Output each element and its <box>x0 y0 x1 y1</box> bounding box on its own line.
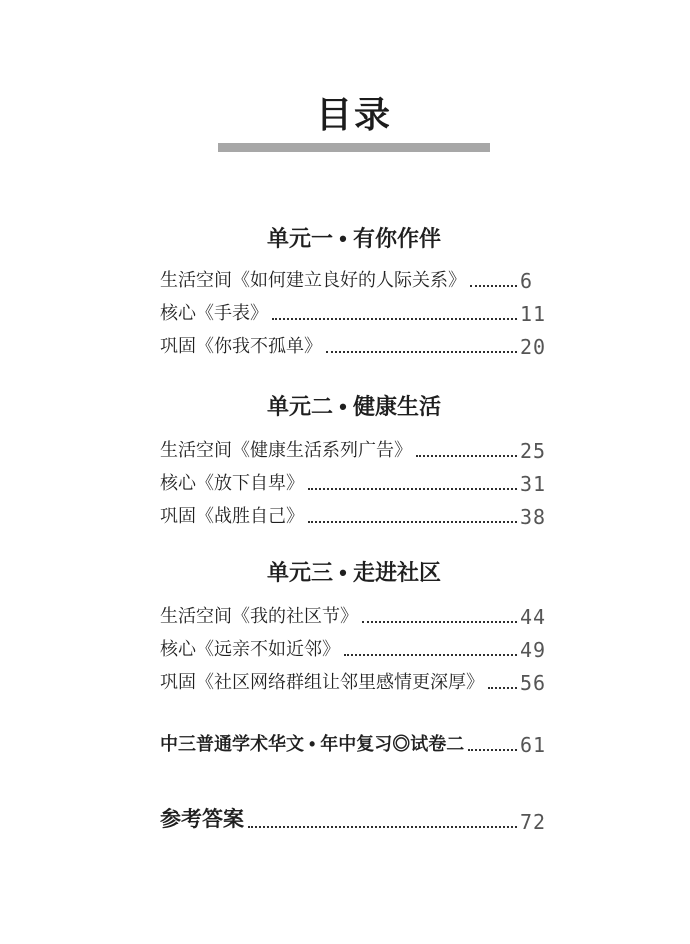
toc-entry-answer-key: 参考答案72 <box>160 806 548 834</box>
dot-leader <box>362 620 517 623</box>
title-underline-bar <box>218 143 490 152</box>
dot-leader <box>468 748 517 751</box>
entry-page-number: 31 <box>520 472 548 496</box>
entry-label: 巩固《你我不孤单》 <box>160 333 322 359</box>
dot-leader <box>344 653 517 656</box>
entry-label: 生活空间《如何建立良好的人际关系》 <box>160 267 466 293</box>
toc-entry: 生活空间《我的社区节》44 <box>160 603 548 629</box>
entry-page-number: 6 <box>520 269 548 293</box>
toc-entry-midyear-exam: 中三普通学术华文 • 年中复习◎试卷二61 <box>160 731 548 757</box>
unit-2-entry-list: 生活空间《健康生活系列广告》25核心《放下自卑》31巩固《战胜自己》38 <box>160 437 548 529</box>
entry-label: 核心《手表》 <box>160 300 268 326</box>
unit-1-entry-list: 生活空间《如何建立良好的人际关系》6核心《手表》11巩固《你我不孤单》20 <box>160 267 548 359</box>
toc-entry: 巩固《战胜自己》38 <box>160 503 548 529</box>
dot-leader <box>326 350 517 353</box>
page-title: 目录 <box>160 0 548 135</box>
toc-entry: 巩固《你我不孤单》20 <box>160 333 548 359</box>
dot-leader <box>308 487 517 490</box>
toc-entry: 巩固《社区网络群组让邻里感情更深厚》56 <box>160 669 548 695</box>
dot-leader <box>470 284 517 287</box>
entry-label: 巩固《社区网络群组让邻里感情更深厚》 <box>160 669 484 695</box>
dot-leader <box>272 317 517 320</box>
entry-label: 生活空间《健康生活系列广告》 <box>160 437 412 463</box>
toc-entry: 核心《放下自卑》31 <box>160 470 548 496</box>
toc-content: 目录 单元一 • 有你作伴生活空间《如何建立良好的人际关系》6核心《手表》11巩… <box>160 0 548 834</box>
unit-heading-2: 单元二 • 健康生活 <box>160 394 548 420</box>
toc-sections: 单元一 • 有你作伴生活空间《如何建立良好的人际关系》6核心《手表》11巩固《你… <box>160 226 548 834</box>
entry-page-number: 25 <box>520 439 548 463</box>
entry-page-number: 61 <box>520 733 548 757</box>
toc-entry: 生活空间《如何建立良好的人际关系》6 <box>160 267 548 293</box>
unit-heading-3: 单元三 • 走进社区 <box>160 560 548 586</box>
entry-page-number: 44 <box>520 605 548 629</box>
entry-page-number: 72 <box>520 810 548 834</box>
entry-label: 生活空间《我的社区节》 <box>160 603 358 629</box>
entry-label: 参考答案 <box>160 806 244 834</box>
toc-entry: 生活空间《健康生活系列广告》25 <box>160 437 548 463</box>
entry-page-number: 49 <box>520 638 548 662</box>
entry-page-number: 56 <box>520 671 548 695</box>
entry-label: 巩固《战胜自己》 <box>160 503 304 529</box>
unit-heading-1: 单元一 • 有你作伴 <box>160 226 548 252</box>
dot-leader <box>488 686 517 689</box>
toc-entry: 核心《手表》11 <box>160 300 548 326</box>
entry-label: 核心《放下自卑》 <box>160 470 304 496</box>
entry-label: 中三普通学术华文 • 年中复习◎试卷二 <box>160 731 464 757</box>
entry-page-number: 11 <box>520 302 548 326</box>
entry-label: 核心《远亲不如近邻》 <box>160 636 340 662</box>
dot-leader <box>416 454 517 457</box>
dot-leader <box>308 520 517 523</box>
unit-3-entry-list: 生活空间《我的社区节》44核心《远亲不如近邻》49巩固《社区网络群组让邻里感情更… <box>160 603 548 695</box>
entry-page-number: 20 <box>520 335 548 359</box>
toc-entry: 核心《远亲不如近邻》49 <box>160 636 548 662</box>
toc-page: 目录 单元一 • 有你作伴生活空间《如何建立良好的人际关系》6核心《手表》11巩… <box>0 0 690 944</box>
dot-leader <box>248 825 517 828</box>
entry-page-number: 38 <box>520 505 548 529</box>
